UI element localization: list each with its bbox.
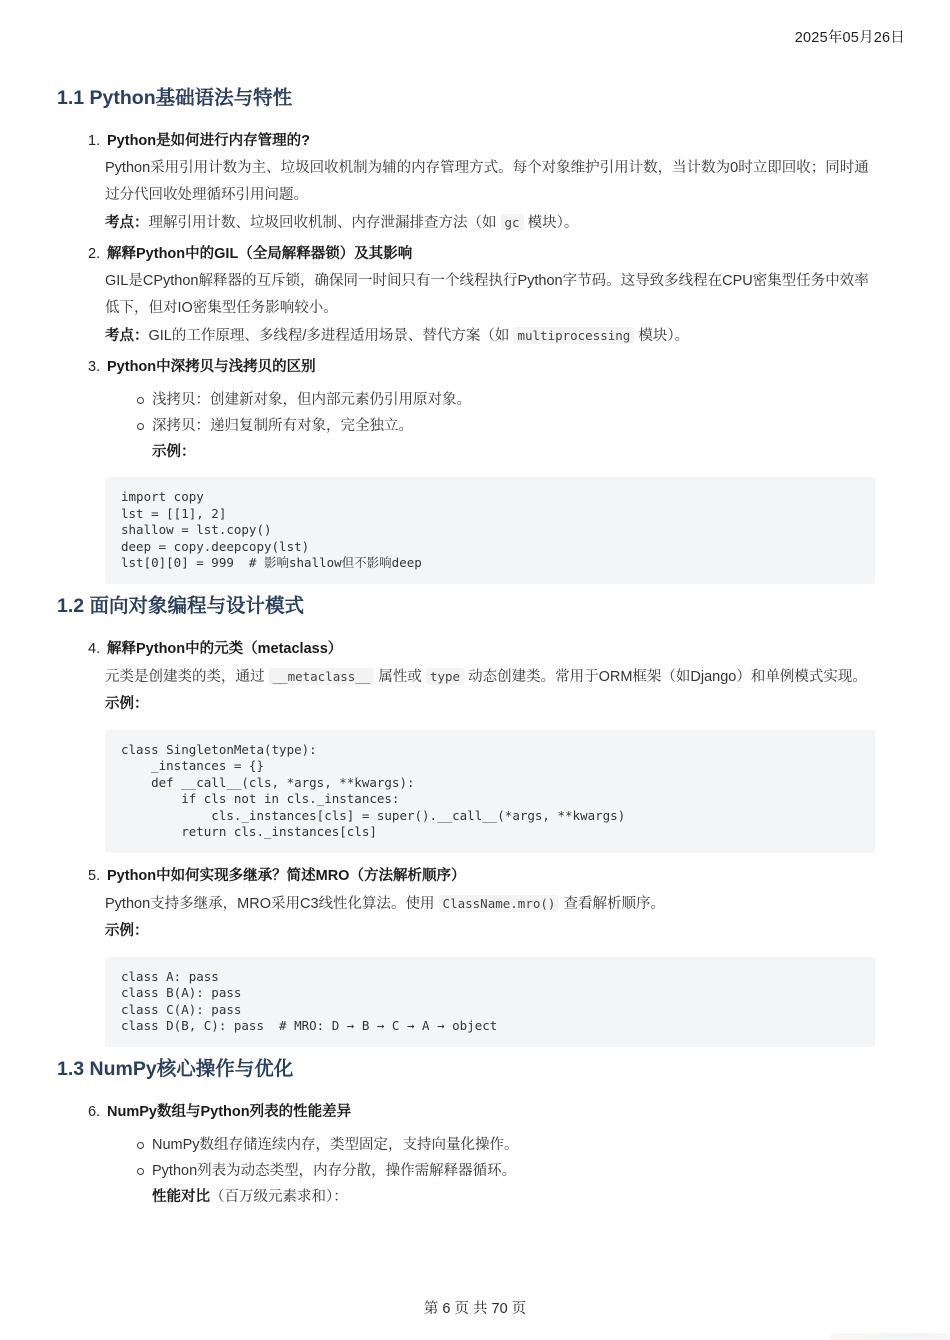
bullet-item: NumPy数组存储连续内存，类型固定，支持向量化操作。 <box>137 1132 875 1158</box>
text-run: 模块）。 <box>524 215 579 231</box>
text-run: NumPy数组存储连续内存，类型固定，支持向量化操作。 <box>152 1137 519 1153</box>
question-title: 解释Python中的GIL（全局解释器锁）及其影响 <box>107 246 412 262</box>
text-run: GIL是CPython解释器的互斥锁，确保同一时间只有一个线程执行Python字… <box>105 273 869 316</box>
text-run: Python列表为动态类型，内存分散，操作需解释器循环。 <box>152 1163 516 1179</box>
text-run: 示例： <box>105 696 149 712</box>
document-page: 2025年05月26日 1.1 Python基础语法与特性1.Python是如何… <box>0 0 950 1340</box>
bullet-list: NumPy数组存储连续内存，类型固定，支持向量化操作。Python列表为动态类型… <box>137 1132 875 1184</box>
code-block: class A: pass class B(A): pass class C(A… <box>105 957 875 1047</box>
inline-code: gc <box>501 214 524 231</box>
paragraph: 示例： <box>152 439 875 465</box>
text-run: 模块）。 <box>634 328 689 344</box>
question-head: 5.Python中如何实现多继承？简述MRO（方法解析顺序） <box>88 863 875 890</box>
paragraph: 元类是创建类的类，通过 __metaclass__ 属性或 type 动态创建类… <box>105 663 875 691</box>
inline-code: ClassName.mro() <box>439 895 560 912</box>
page-footer: 第 6 页 共 70 页 <box>0 1297 950 1318</box>
bullet-list: 浅拷贝：创建新对象，但内部元素仍引用原对象。深拷贝：递归复制所有对象，完全独立。 <box>137 387 875 439</box>
paragraph: Python采用引用计数为主、垃圾回收机制为辅的内存管理方式。每个对象维护引用计… <box>105 155 875 209</box>
question-number: 5. <box>88 863 102 890</box>
question-item: 6.NumPy数组与Python列表的性能差异NumPy数组存储连续内存，类型固… <box>88 1099 875 1210</box>
text-run: 理解引用计数、垃圾回收机制、内存泄漏排查方法（如 <box>149 215 501 231</box>
question-head: 6.NumPy数组与Python列表的性能差异 <box>88 1099 875 1126</box>
text-run: GIL的工作原理、多线程/多进程适用场景、替代方案（如 <box>149 328 514 344</box>
text-run: Python采用引用计数为主、垃圾回收机制为辅的内存管理方式。每个对象维护引用计… <box>105 160 869 203</box>
question-number: 3. <box>88 354 102 381</box>
question-head: 4.解释Python中的元类（metaclass） <box>88 636 875 663</box>
question-head: 3.Python中深拷贝与浅拷贝的区别 <box>88 354 875 381</box>
bullet-item: 深拷贝：递归复制所有对象，完全独立。 <box>137 413 875 439</box>
section-heading: 1.1 Python基础语法与特性 <box>57 86 875 110</box>
text-run: 动态创建类。常用于ORM框架（如Django）和单例模式实现。 <box>464 669 867 685</box>
text-run: 示例： <box>152 444 196 460</box>
text-run: Python支持多继承，MRO采用C3线性化算法。使用 <box>105 896 439 912</box>
inline-code: __metaclass__ <box>269 668 375 685</box>
code-text: class A: pass class B(A): pass class C(A… <box>121 969 859 1035</box>
text-run: 考点： <box>105 215 149 231</box>
code-text: import copy lst = [[1], 2] shallow = lst… <box>121 489 859 572</box>
question-number: 4. <box>88 636 102 663</box>
question-item: 1.Python是如何进行内存管理的?Python采用引用计数为主、垃圾回收机制… <box>88 128 875 237</box>
code-text: class SingletonMeta(type): _instances = … <box>121 742 859 841</box>
paragraph: 考点：GIL的工作原理、多线程/多进程适用场景、替代方案（如 multiproc… <box>105 322 875 350</box>
question-title: Python中如何实现多继承？简述MRO（方法解析顺序） <box>107 868 465 884</box>
document-date: 2025年05月26日 <box>795 26 905 47</box>
question-title: Python中深拷贝与浅拷贝的区别 <box>107 359 316 375</box>
inline-code: type <box>426 668 464 685</box>
code-block: class SingletonMeta(type): _instances = … <box>105 730 875 853</box>
question-number: 6. <box>88 1099 102 1126</box>
question-head: 2.解释Python中的GIL（全局解释器锁）及其影响 <box>88 241 875 268</box>
text-run: （百万级元素求和）： <box>210 1189 348 1205</box>
bullet-item: 浅拷贝：创建新对象，但内部元素仍引用原对象。 <box>137 387 875 413</box>
paragraph: 考点：理解引用计数、垃圾回收机制、内存泄漏排查方法（如 gc 模块）。 <box>105 209 875 237</box>
question-item: 2.解释Python中的GIL（全局解释器锁）及其影响GIL是CPython解释… <box>88 241 875 350</box>
text-run: 浅拷贝：创建新对象，但内部元素仍引用原对象。 <box>152 392 471 408</box>
text-run: 查看解析顺序。 <box>559 896 665 912</box>
question-item: 5.Python中如何实现多继承？简述MRO（方法解析顺序）Python支持多继… <box>88 863 875 1047</box>
question-item: 3.Python中深拷贝与浅拷贝的区别浅拷贝：创建新对象，但内部元素仍引用原对象… <box>88 354 875 584</box>
question-title: Python是如何进行内存管理的? <box>107 133 310 149</box>
question-number: 1. <box>88 128 102 155</box>
question-title: NumPy数组与Python列表的性能差异 <box>107 1104 351 1120</box>
question-head: 1.Python是如何进行内存管理的? <box>88 128 875 155</box>
paragraph: GIL是CPython解释器的互斥锁，确保同一时间只有一个线程执行Python字… <box>105 268 875 322</box>
text-run: 元类是创建类的类，通过 <box>105 669 269 685</box>
code-block: import copy lst = [[1], 2] shallow = lst… <box>105 477 875 584</box>
bullet-item: Python列表为动态类型，内存分散，操作需解释器循环。 <box>137 1158 875 1184</box>
paragraph: 示例： <box>105 691 875 718</box>
text-run: 深拷贝：递归复制所有对象，完全独立。 <box>152 418 413 434</box>
question-item: 4.解释Python中的元类（metaclass）元类是创建类的类，通过 __m… <box>88 636 875 853</box>
text-run: 考点： <box>105 328 149 344</box>
question-title: 解释Python中的元类（metaclass） <box>107 641 342 657</box>
question-number: 2. <box>88 241 102 268</box>
text-run: 示例： <box>105 923 149 939</box>
text-run: 性能对比 <box>152 1189 210 1205</box>
section-heading: 1.3 NumPy核心操作与优化 <box>57 1057 875 1081</box>
paragraph: 示例： <box>105 918 875 945</box>
watermark-fragment <box>830 1333 948 1340</box>
paragraph: Python支持多继承，MRO采用C3线性化算法。使用 ClassName.mr… <box>105 890 875 918</box>
document-body: 1.1 Python基础语法与特性1.Python是如何进行内存管理的?Pyth… <box>0 0 950 1210</box>
text-run: 属性或 <box>374 669 426 685</box>
inline-code: multiprocessing <box>513 327 634 344</box>
section-heading: 1.2 面向对象编程与设计模式 <box>57 594 875 618</box>
paragraph: 性能对比（百万级元素求和）： <box>152 1184 875 1210</box>
